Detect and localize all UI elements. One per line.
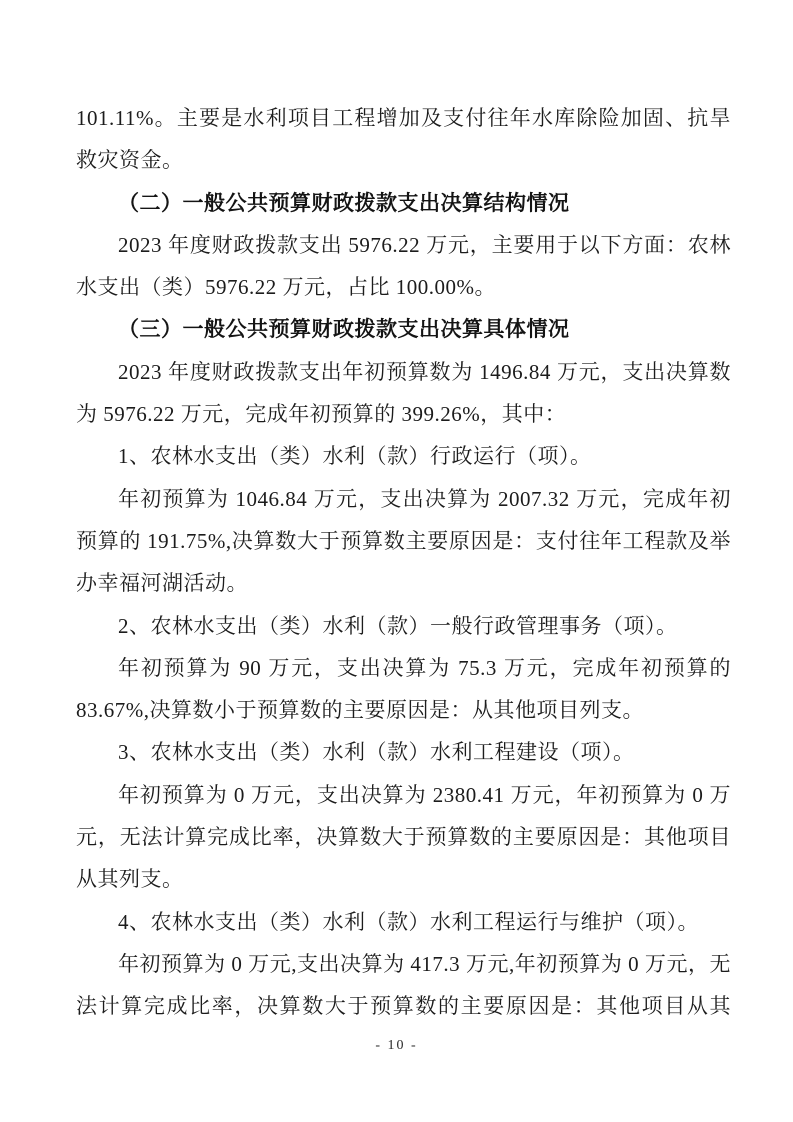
section-heading-2: （二）一般公共预算财政拨款支出决算结构情况 (76, 182, 731, 224)
paragraph: 年初预算为 90 万元，支出决算为 75.3 万元，完成年初预算的 83.67%… (76, 647, 731, 732)
paragraph: 2023 年度财政拨款支出年初预算数为 1496.84 万元，支出决算数为 59… (76, 351, 731, 436)
list-item-4: 4、农林水支出（类）水利（款）水利工程运行与维护（项）。 (76, 901, 731, 943)
paragraph: 年初预算为 0 万元，支出决算为 2380.41 万元，年初预算为 0 万元，无… (76, 774, 731, 901)
document-page: 101.11%。主要是水利项目工程增加及支付往年水库除险加固、抗旱救灾资金。 （… (0, 0, 793, 1122)
page-footer: - 10 - (0, 1036, 793, 1056)
section-heading-3: （三）一般公共预算财政拨款支出决算具体情况 (76, 308, 731, 350)
paragraph: 年初预算为 1046.84 万元，支出决算为 2007.32 万元，完成年初预算… (76, 478, 731, 605)
paragraph: 年初预算为 0 万元,支出决算为 417.3 万元,年初预算为 0 万元，无法计… (76, 943, 731, 1028)
list-item-3: 3、农林水支出（类）水利（款）水利工程建设（项）。 (76, 731, 731, 773)
document-body: 101.11%。主要是水利项目工程增加及支付往年水库除险加固、抗旱救灾资金。 （… (76, 97, 731, 1028)
paragraph: 101.11%。主要是水利项目工程增加及支付往年水库除险加固、抗旱救灾资金。 (76, 97, 731, 182)
list-item-1: 1、农林水支出（类）水利（款）行政运行（项）。 (76, 435, 731, 477)
paragraph: 2023 年度财政拨款支出 5976.22 万元，主要用于以下方面：农林水支出（… (76, 224, 731, 309)
list-item-2: 2、农林水支出（类）水利（款）一般行政管理事务（项）。 (76, 605, 731, 647)
page-number: - 10 - (375, 1038, 417, 1053)
